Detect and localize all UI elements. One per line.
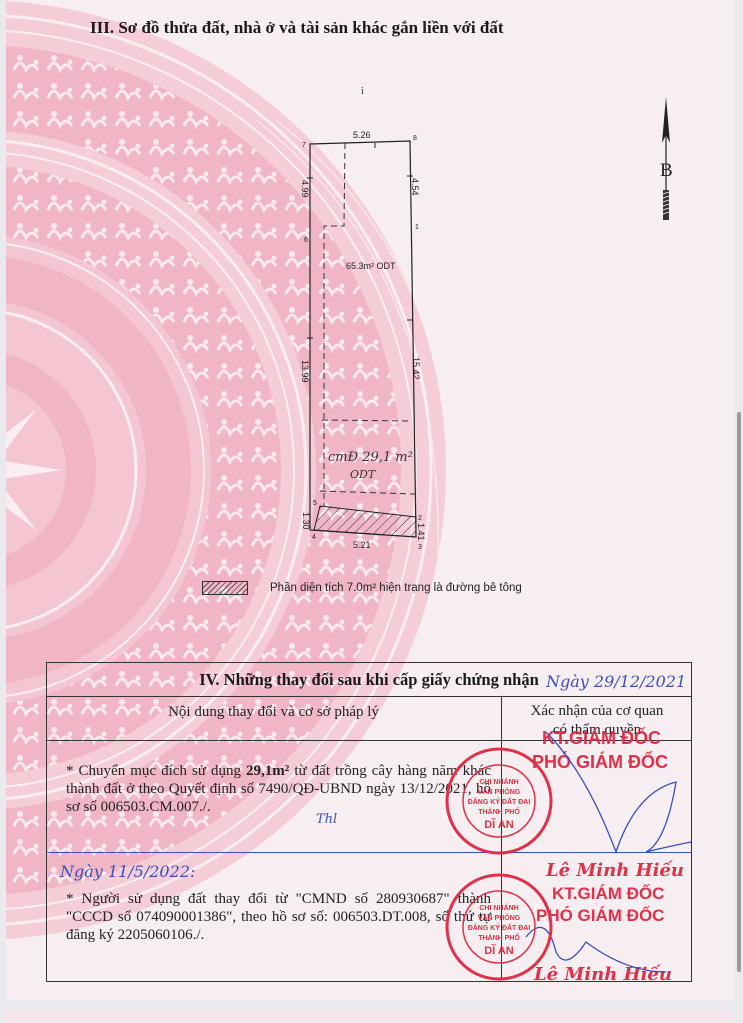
corner-label: 5	[313, 500, 317, 507]
svg-text:ĐĂNG KÝ ĐẤT ĐAI: ĐĂNG KÝ ĐẤT ĐAI	[468, 796, 531, 806]
handwritten-area-type: ODT	[350, 468, 377, 481]
certificate-page: III. Sơ đồ thửa đất, nhà ở và tài sản kh…	[6, 0, 734, 1000]
svg-text:ĐĂNG KÝ ĐẤT ĐAI: ĐĂNG KÝ ĐẤT ĐAI	[468, 922, 531, 932]
svg-text:VĂN PHÒNG: VĂN PHÒNG	[478, 787, 521, 796]
edge-bottom: 5.21	[353, 540, 371, 550]
svg-text:DĨ AN: DĨ AN	[484, 944, 514, 957]
corner-label: 8	[413, 135, 417, 142]
corner-label: 2	[418, 515, 422, 522]
svg-text:THÀNH PHỐ: THÀNH PHỐ	[478, 932, 520, 942]
changes-table: IV. Những thay đổi sau khi cấp giấy chứn…	[46, 662, 692, 984]
edge-right-mid: 15.42	[411, 357, 421, 380]
corner-label: 1	[415, 224, 419, 231]
corner-label: 4	[312, 534, 316, 541]
official-seal-icon: CHI NHÁNH VĂN PHÒNG ĐĂNG KÝ ĐẤT ĐAI THÀN…	[444, 746, 554, 856]
legend-text: Phần diện tích 7.0m² hiện trạng là đường…	[270, 582, 522, 594]
handwritten-area: cmĐ 29,1 m²	[328, 450, 413, 465]
svg-text:DĨ AN: DĨ AN	[484, 818, 514, 831]
hatch-swatch-icon	[202, 581, 248, 595]
change-entry-1: * Chuyển mục đích sử dụng 29,1m² từ đất …	[66, 762, 491, 816]
scrollbar[interactable]	[737, 412, 741, 972]
official-seal-icon: CHI NHÁNH VĂN PHÒNG ĐĂNG KÝ ĐẤT ĐAI THÀN…	[444, 872, 554, 982]
svg-text:CHI NHÁNH: CHI NHÁNH	[479, 903, 518, 912]
compass-label: B	[660, 160, 673, 182]
plot-legend: Phần diện tích 7.0m² hiện trạng là đường…	[202, 581, 522, 595]
edge-top: 5.26	[353, 130, 371, 140]
edge-right-lower: 1.41	[416, 523, 426, 541]
corner-label: 3	[418, 544, 422, 551]
corner-label: 6	[304, 237, 308, 244]
land-plot-diagram: 7 8 6 1 5 2 4 3 5.26 5.21 4.99 4.54 13.9…	[6, 0, 734, 620]
initials: Thl	[316, 812, 337, 827]
edge-left-upper: 4.99	[300, 180, 310, 198]
edge-right-upper: 4.54	[410, 178, 420, 196]
col-header-content: Nội dung thay đổi và cơ sở pháp lý	[46, 704, 501, 721]
svg-text:CHI NHÁNH: CHI NHÁNH	[479, 777, 518, 786]
edge-left-mid: 13.99	[300, 360, 310, 383]
handwritten-date-entry-2: Ngày 11/5/2022:	[60, 862, 195, 881]
area-label: 65.3m² ODT	[346, 261, 396, 271]
edge-left-lower: 1.30	[301, 512, 311, 530]
corner-label: 7	[302, 142, 306, 149]
svg-text:THÀNH PHỐ: THÀNH PHỐ	[478, 806, 520, 816]
handwritten-date-top: Ngày 29/12/2021	[546, 672, 686, 691]
change-entry-2: * Người sử dụng đất thay đổi từ "CMND số…	[66, 890, 491, 944]
svg-text:VĂN PHÒNG: VĂN PHÒNG	[478, 913, 521, 922]
next-page-edge	[6, 1010, 734, 1023]
